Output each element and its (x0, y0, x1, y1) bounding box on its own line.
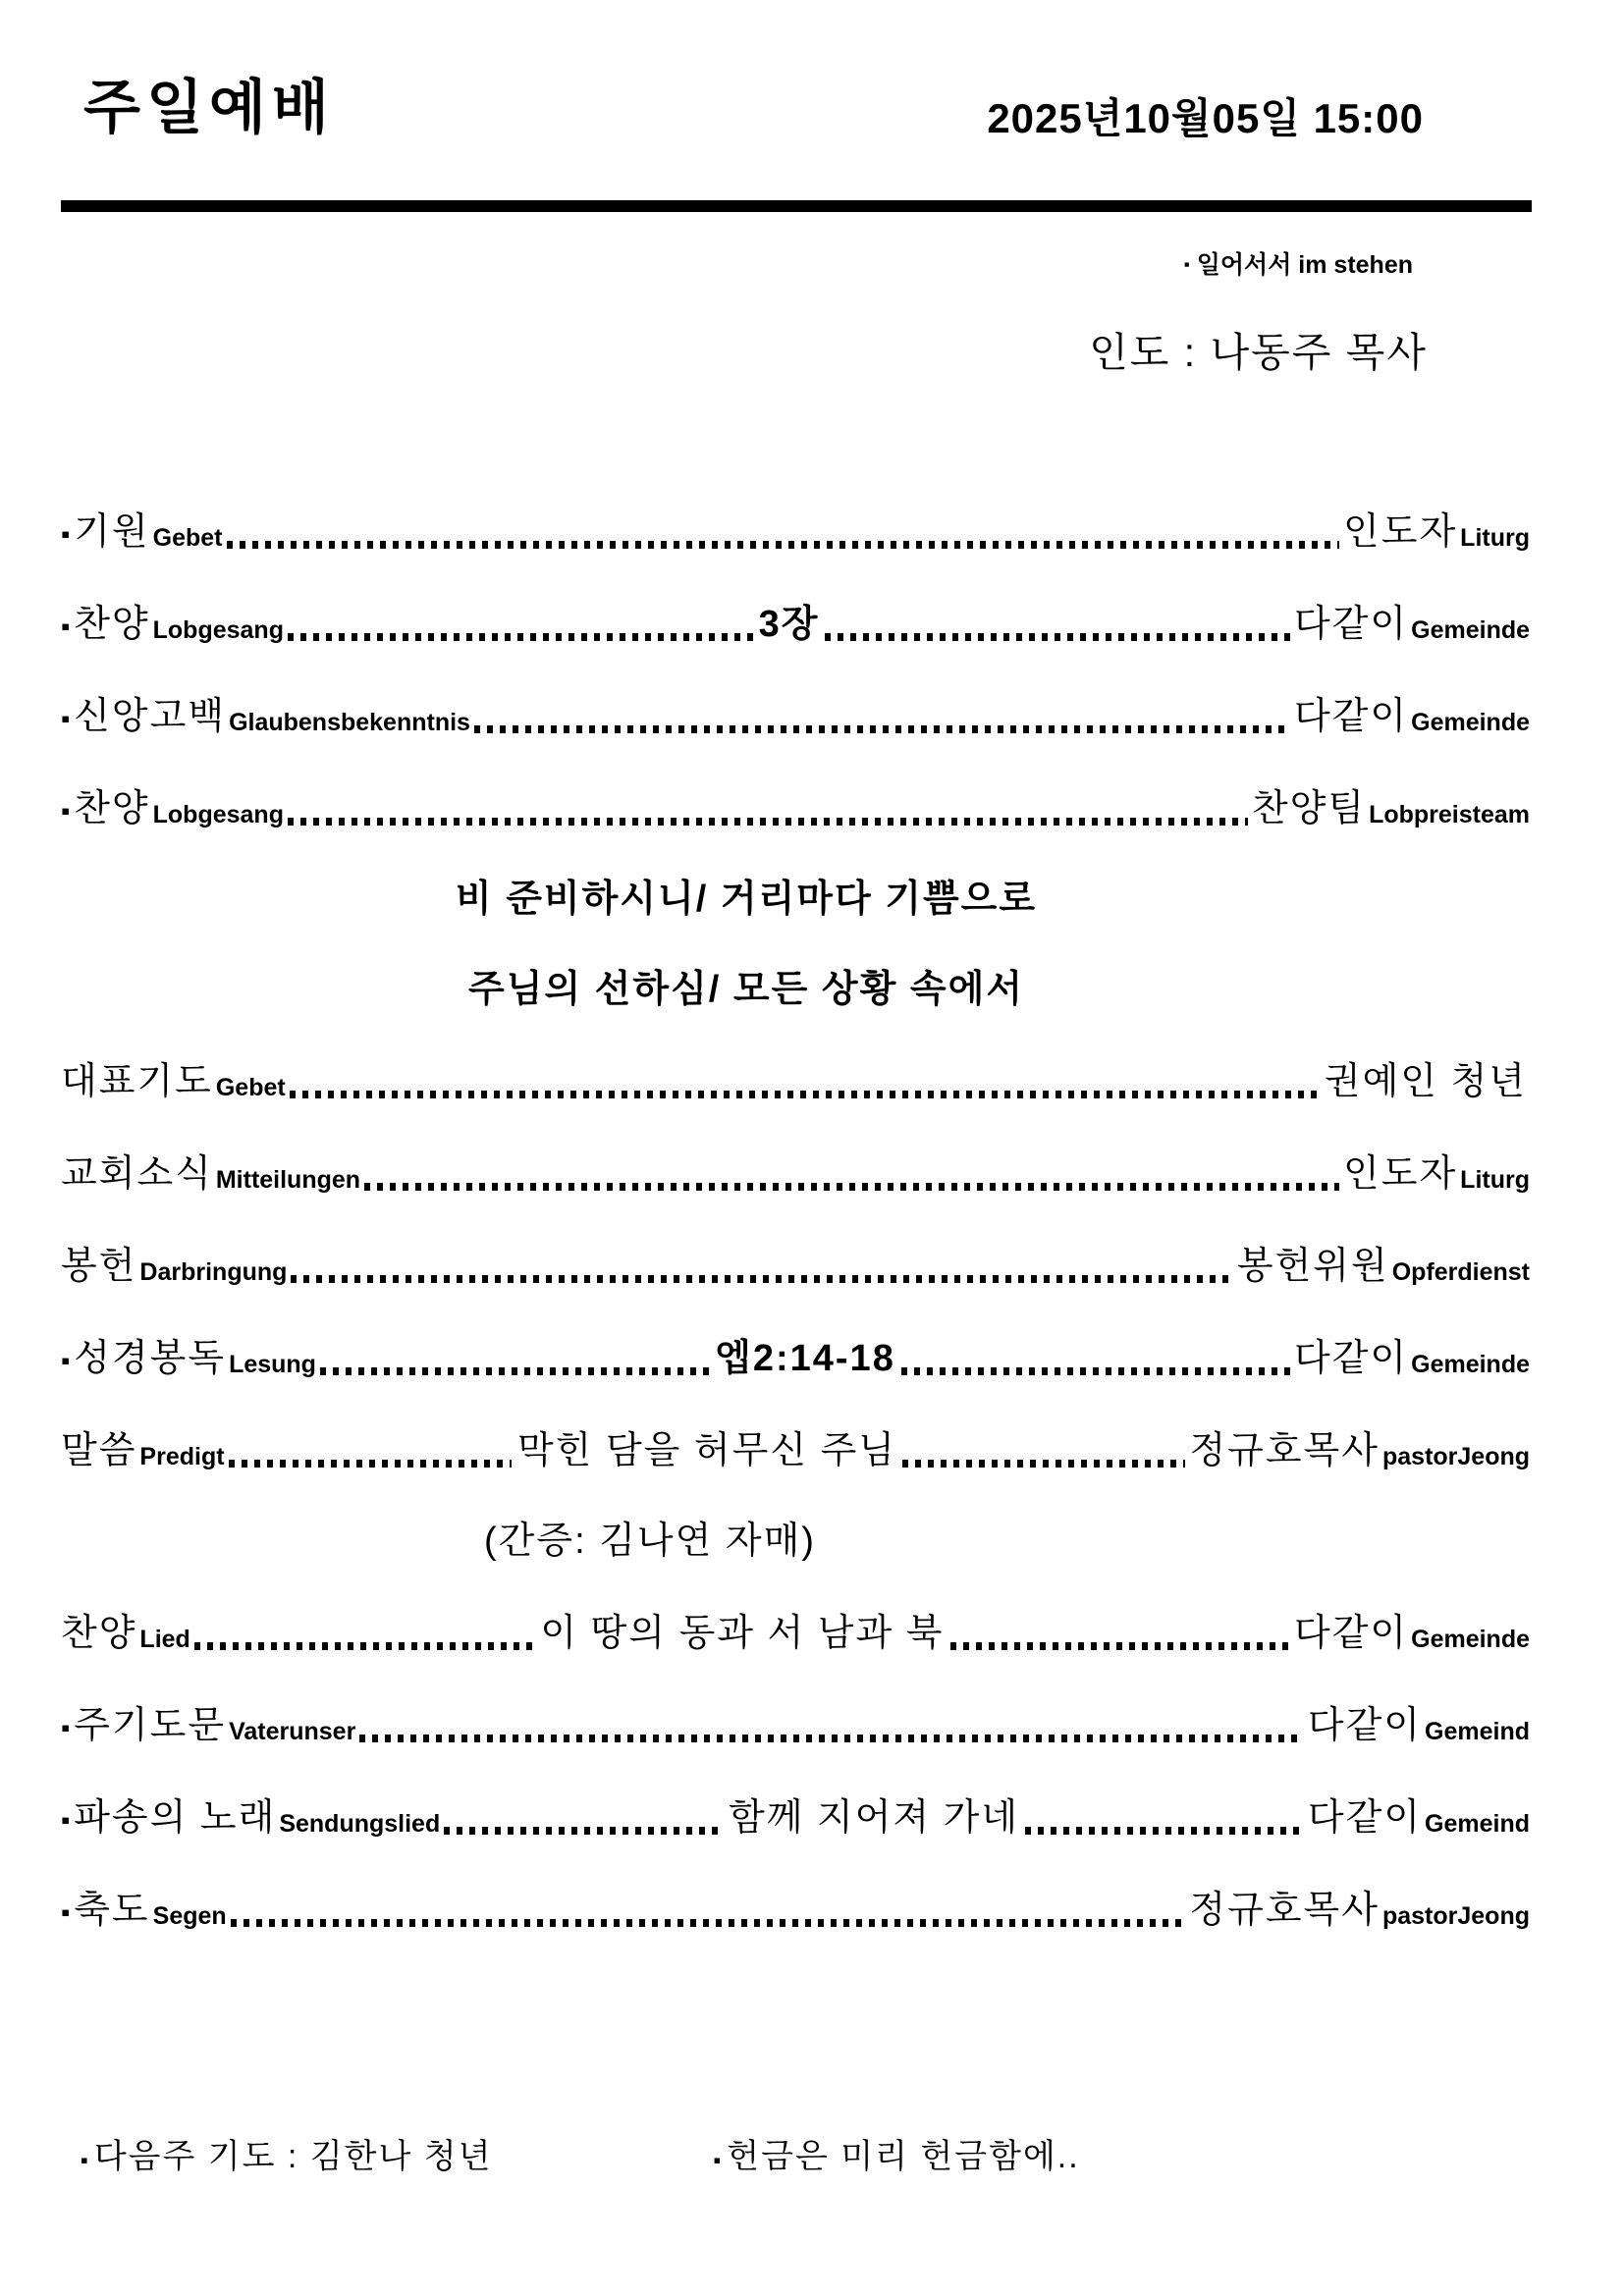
square-bullet-icon: ▪ (61, 1715, 70, 1740)
item-title: 성경봉독 (74, 1327, 226, 1381)
order-item-praise-1: ▪ 찬양 Lobgesang 3장 다같이 Gemeinde (61, 555, 1530, 647)
item-title: 봉헌 (61, 1235, 136, 1289)
next-week-prayer-note: ▪다음주 기도 : 김한나 청년 (81, 2129, 492, 2177)
item-subtitle: Gebet (216, 1074, 286, 1102)
item-title: 말씀 (61, 1419, 136, 1473)
item-title: 축도 (74, 1879, 149, 1933)
square-bullet-icon: ▪ (61, 1899, 70, 1925)
item-assignee: 권예인 청년 (1325, 1050, 1527, 1104)
item-title: 기원 (74, 501, 149, 555)
item-subtitle: Darbringung (139, 1258, 287, 1287)
worship-bulletin-page: 주일예배 2025년10월05일 15:00 ▪일어서서 im stehen 인… (0, 0, 1624, 2177)
item-subtitle: Lobgesang (153, 616, 284, 645)
item-assignee: 정규호목사 (1189, 1879, 1380, 1933)
dot-leader (364, 1183, 1339, 1191)
dot-leader (227, 541, 1340, 549)
order-item-sermon: 말씀 Predigt 막힌 담을 허무신 주님 정규호목사 pastorJeon… (61, 1381, 1530, 1473)
square-bullet-icon: ▪ (61, 521, 70, 547)
hymn-lyric-line-1: 비 준비하시니/ 거리마다 기쁨으로 (61, 831, 1530, 922)
item-title: 대표기도 (61, 1050, 213, 1104)
item-assignee-subtitle: Liturg (1460, 1166, 1530, 1195)
dot-leader (901, 1367, 1290, 1375)
dot-leader (1025, 1827, 1304, 1835)
order-item-creed: ▪ 신앙고백 Glaubensbekenntnis 다같이 Gemeinde (61, 647, 1530, 739)
order-item-invocation: ▪ 기원 Gebet 인도자 Liturg (61, 462, 1530, 555)
dot-leader (291, 1275, 1232, 1283)
square-bullet-icon: ▪ (61, 798, 70, 824)
dot-leader (290, 1091, 1321, 1098)
item-subtitle: Predigt (139, 1443, 224, 1471)
square-bullet-icon: ▪ (1184, 255, 1190, 274)
square-bullet-icon: ▪ (81, 2148, 88, 2172)
standing-note: ▪일어서서 im stehen (0, 245, 1413, 281)
order-item-sending-song: ▪ 파송의 노래 Sendungslied 함께 지어져 가네 다같이 Geme… (61, 1748, 1530, 1841)
item-assignee: 다같이 (1294, 593, 1408, 647)
item-title: 찬양 (61, 1602, 136, 1656)
item-assignee-subtitle: Gemeinde (1411, 1351, 1530, 1379)
footer-notes: ▪다음주 기도 : 김한나 청년 ▪헌금은 미리 헌금함에.. (0, 2129, 1624, 2177)
item-subtitle: Lobgesang (153, 801, 284, 829)
item-assignee: 다같이 (1294, 1327, 1408, 1381)
item-assignee-subtitle: Gemeind (1425, 1718, 1530, 1746)
dot-leader (231, 1919, 1186, 1927)
item-subtitle: Glaubensbekenntnis (229, 709, 470, 737)
order-item-praise-2: ▪ 찬양 Lobgesang 찬양팀 Lobpreisteam (61, 739, 1530, 831)
dot-leader (825, 633, 1290, 641)
header-divider (61, 200, 1532, 212)
service-datetime: 2025년10월05일 15:00 (987, 86, 1424, 145)
item-subtitle: Gebet (153, 524, 223, 553)
item-assignee: 다같이 (1294, 1602, 1408, 1656)
dot-leader (288, 633, 753, 641)
order-item-announcements: 교회소식 Mitteilungen 인도자 Liturg (61, 1104, 1530, 1197)
item-subtitle: Lied (139, 1626, 189, 1654)
item-subtitle: Sendungslied (279, 1810, 440, 1839)
item-detail: 3장 (759, 593, 820, 647)
order-item-benediction: ▪ 축도 Segen 정규호목사 pastorJeong (61, 1841, 1530, 1933)
item-assignee: 인도자 (1343, 501, 1457, 555)
order-item-representative-prayer: 대표기도 Gebet 권예인 청년 (61, 1012, 1530, 1104)
item-subtitle: Segen (153, 1902, 227, 1931)
item-assignee-subtitle: Gemeinde (1411, 616, 1530, 645)
page-title: 주일예배 (83, 61, 335, 145)
dot-leader (359, 1735, 1304, 1742)
hymn-lyric-line-2: 주님의 선하심/ 모든 상황 속에서 (61, 922, 1530, 1012)
item-assignee: 찬양팀 (1252, 777, 1366, 831)
offering-note: ▪헌금은 미리 헌금함에.. (713, 2129, 1079, 2177)
offering-note-text: 헌금은 미리 헌금함에.. (727, 2138, 1079, 2175)
item-detail: 이 땅의 동과 서 남과 북 (540, 1602, 944, 1656)
standing-note-text: 일어서서 im stehen (1197, 251, 1413, 279)
square-bullet-icon: ▪ (713, 2148, 721, 2172)
item-detail: 함께 지어져 가네 (729, 1787, 1019, 1841)
item-assignee-subtitle: Liturg (1460, 524, 1530, 553)
service-leader: 인도 : 나동주 목사 (0, 320, 1428, 378)
dot-leader (320, 1367, 709, 1375)
item-assignee: 다같이 (1294, 685, 1408, 739)
order-of-service: ▪ 기원 Gebet 인도자 Liturg ▪ 찬양 Lobgesang 3장 … (0, 462, 1624, 1933)
item-assignee-subtitle: Gemeinde (1411, 709, 1530, 737)
next-week-prayer-text: 다음주 기도 : 김한나 청년 (94, 2138, 493, 2175)
dot-leader (288, 818, 1248, 826)
item-assignee: 다같이 (1308, 1694, 1422, 1748)
square-bullet-icon: ▪ (61, 1807, 70, 1833)
item-title: 찬양 (74, 593, 149, 647)
dot-leader (444, 1827, 723, 1835)
item-assignee-subtitle: pastorJeong (1382, 1443, 1530, 1471)
dot-leader (194, 1642, 535, 1650)
item-title: 찬양 (74, 777, 149, 831)
item-title: 주기도문 (74, 1694, 226, 1748)
item-assignee-subtitle: Gemeinde (1411, 1626, 1530, 1654)
item-detail: 막힌 담을 허무신 주님 (517, 1419, 896, 1473)
item-assignee-subtitle: Opferdienst (1392, 1258, 1530, 1287)
item-assignee-subtitle: Gemeind (1425, 1810, 1530, 1839)
item-title: 교회소식 (61, 1143, 213, 1197)
square-bullet-icon: ▪ (61, 1348, 70, 1373)
dot-leader (950, 1642, 1291, 1650)
item-assignee: 정규호목사 (1189, 1419, 1380, 1473)
item-subtitle: Mitteilungen (216, 1166, 360, 1195)
order-item-hymn: 찬양 Lied 이 땅의 동과 서 남과 북 다같이 Gemeinde (61, 1564, 1530, 1656)
square-bullet-icon: ▪ (61, 614, 70, 639)
item-subtitle: Lesung (229, 1351, 316, 1379)
item-assignee: 다같이 (1308, 1787, 1422, 1841)
dot-leader (474, 725, 1290, 733)
item-title: 신앙고백 (74, 685, 226, 739)
square-bullet-icon: ▪ (61, 706, 70, 731)
item-assignee: 봉헌위원 (1237, 1235, 1389, 1289)
item-title: 파송의 노래 (74, 1787, 276, 1841)
testimony-note: (간증: 김나연 자매) (61, 1473, 1530, 1564)
item-detail: 엡2:14-18 (715, 1327, 895, 1381)
dot-leader (902, 1460, 1185, 1468)
order-item-scripture-reading: ▪ 성경봉독 Lesung 엡2:14-18 다같이 Gemeinde (61, 1289, 1530, 1381)
header: 주일예배 2025년10월05일 15:00 (0, 0, 1624, 145)
dot-leader (229, 1460, 512, 1468)
item-subtitle: Vaterunser (229, 1718, 355, 1746)
item-assignee: 인도자 (1343, 1143, 1457, 1197)
order-item-offering: 봉헌 Darbringung 봉헌위원 Opferdienst (61, 1197, 1530, 1289)
order-item-lords-prayer: ▪ 주기도문 Vaterunser 다같이 Gemeind (61, 1656, 1530, 1748)
item-assignee-subtitle: pastorJeong (1382, 1902, 1530, 1931)
item-assignee-subtitle: Lobpreisteam (1369, 801, 1530, 829)
